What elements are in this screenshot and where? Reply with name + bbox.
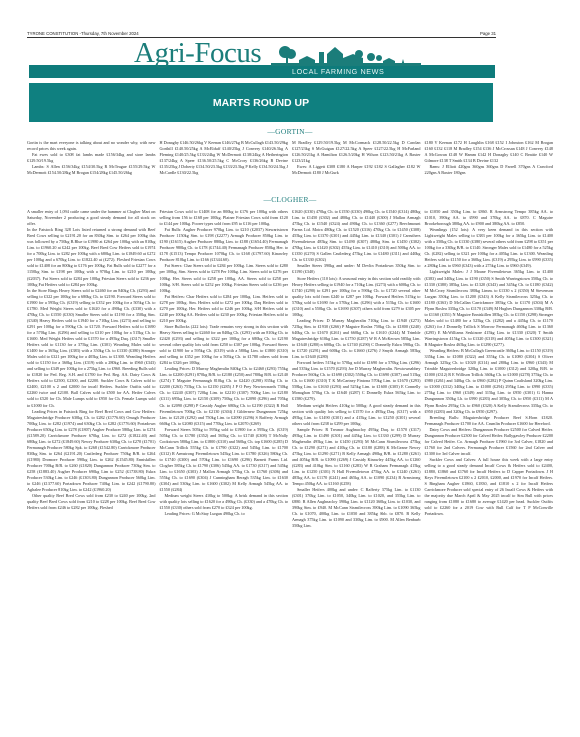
paragraph: In the Store Rings Heavy Steers sold to … bbox=[27, 288, 156, 409]
paragraph: Medium weight Heifers 410kg to 500kg: A … bbox=[292, 403, 421, 427]
paragraph: Leading Prices in Fatstock Ring for Beef… bbox=[27, 409, 156, 494]
paragraph: Rams: J Elliott 420gns 360gns 360gns D F… bbox=[425, 164, 554, 176]
paragraph: Smaller Steers 390kg and under: M Devlin… bbox=[292, 263, 421, 275]
clogher-column-4: to £1050 and 350kg Lim. to £860. R Armst… bbox=[425, 209, 554, 529]
clogher-article: A smaller entry of 1,094 cattle came und… bbox=[27, 209, 553, 529]
paragraph: Lightweight Males: J J Moane Fivemiletow… bbox=[425, 269, 554, 348]
agri-focus-masthead: Agri-Focus LOCAL FARMING NEWS bbox=[29, 42, 495, 78]
gortin-column-1: Gortin is the mart everyone is talking a… bbox=[27, 140, 156, 176]
farm-silhouette-icon bbox=[271, 44, 421, 66]
brand-band bbox=[29, 65, 495, 78]
paragraph: Gortin is the mart everyone is talking a… bbox=[27, 140, 156, 152]
banner-title: MARTS ROUND UP bbox=[213, 97, 309, 109]
page-header: TYRONE CONSTITUTION -Thursday, 7th Novem… bbox=[27, 30, 496, 38]
paragraph: Fat Heifers: Char Heifers sold to £284 p… bbox=[160, 294, 289, 324]
paragraph: £180 V Keenan £172 H Laughlin £168 £152 … bbox=[425, 140, 554, 164]
paragraph: Leading Prices: G McStay Lurgan 490kg Ch… bbox=[160, 511, 289, 517]
paragraph: Fat ewes sold to £308 fat lambs made £15… bbox=[27, 152, 156, 164]
paragraph: In the Fatstock Ring 328 Lots listed ret… bbox=[27, 227, 156, 287]
paragraph: Fat Bulls: Augher Producer 970kg Lim. to… bbox=[160, 227, 289, 263]
brand-subtitle: LOCAL FARMING NEWS bbox=[292, 66, 384, 77]
paragraph: Store Bullocks (222 lots): Trade remains… bbox=[160, 324, 289, 366]
paragraph: Dairy Cows and Heifers: Dungannon Produc… bbox=[425, 427, 554, 457]
paragraph: Weanlings (152 lots): A very keen demand… bbox=[425, 227, 554, 269]
gortin-heading: —GORTIN— bbox=[0, 127, 580, 136]
paragraph: Sample Prices: R Treanor Aughnacloy 495k… bbox=[292, 427, 421, 487]
brand-title: Agri-Focus bbox=[134, 38, 261, 68]
paragraph: Store Heifers (110 lots): A seasonal ent… bbox=[292, 276, 421, 318]
paragraph: Breeding Bulls: Maguiresbridge Producer … bbox=[425, 415, 554, 427]
clogher-column-2: Friesian Cows sold to £1408 for an 800kg… bbox=[160, 209, 289, 529]
paragraph: Leading Prices: D Murray Magheralin 840k… bbox=[160, 366, 289, 426]
clogher-heading: —CLOGHER— bbox=[0, 195, 580, 204]
paragraph: Fat Steers: Char Steers sold to £284 per… bbox=[160, 263, 289, 293]
paragraph: Forward heifers 515kg to 570kg sold to £… bbox=[292, 360, 421, 402]
paragraph: Forward Steers 505kg to 595kg sold to £1… bbox=[160, 427, 289, 494]
paragraph: Weanling Heifers: B McCullagh Greencastl… bbox=[425, 348, 554, 415]
gortin-column-3: M Bradley £129.50/19.5kg M McCormack £12… bbox=[292, 140, 421, 176]
clogher-column-1: A smaller entry of 1,094 cattle came und… bbox=[27, 209, 156, 529]
paragraph: Medium weight Steers 410kg to 500kg: A b… bbox=[160, 493, 289, 511]
paragraph: Ewes: A Liggett £308 £180 A Harper £192 … bbox=[292, 164, 421, 176]
paragraph: Leading Prices: D Murray Magheralin 710k… bbox=[292, 318, 421, 360]
paragraph: H Donaghy £146.50/26kg V Keenan £146/27k… bbox=[160, 140, 289, 176]
paragraph: Other quality Beef Bred Cows sold from £… bbox=[27, 493, 156, 511]
gortin-column-2: H Donaghy £146.50/26kg V Keenan £146/27k… bbox=[160, 140, 289, 176]
paragraph: M Bradley £129.50/19.5kg M McCormack £12… bbox=[292, 140, 421, 164]
paragraph: Smaller Heifers 400kg and under: C Raffe… bbox=[292, 487, 421, 529]
page-number: Page 31 bbox=[480, 31, 496, 36]
paragraph: Friesian Cows sold to £1408 for an 800kg… bbox=[160, 209, 289, 227]
paragraph: £1620 (£330) 470kg Ch. to £1550 (£330) 4… bbox=[292, 209, 421, 263]
paragraph: Suckler Cows and Calves: A full house th… bbox=[425, 457, 554, 517]
gortin-column-4: £180 V Keenan £172 H Laughlin £168 £152 … bbox=[425, 140, 554, 176]
paragraph: Lambs: S Allen £156/34kg £154/30.5kg R M… bbox=[27, 164, 156, 176]
publication-dateline: TYRONE CONSTITUTION -Thursday, 7th Novem… bbox=[27, 31, 139, 36]
clogher-column-3: £1620 (£330) 470kg Ch. to £1550 (£330) 4… bbox=[292, 209, 421, 529]
paragraph: A smaller entry of 1,094 cattle came und… bbox=[27, 209, 156, 227]
paragraph: to £1050 and 350kg Lim. to £860. R Armst… bbox=[425, 209, 554, 227]
marts-round-up-banner: MARTS ROUND UP bbox=[29, 83, 493, 122]
gortin-article: Gortin is the mart everyone is talking a… bbox=[27, 140, 553, 176]
